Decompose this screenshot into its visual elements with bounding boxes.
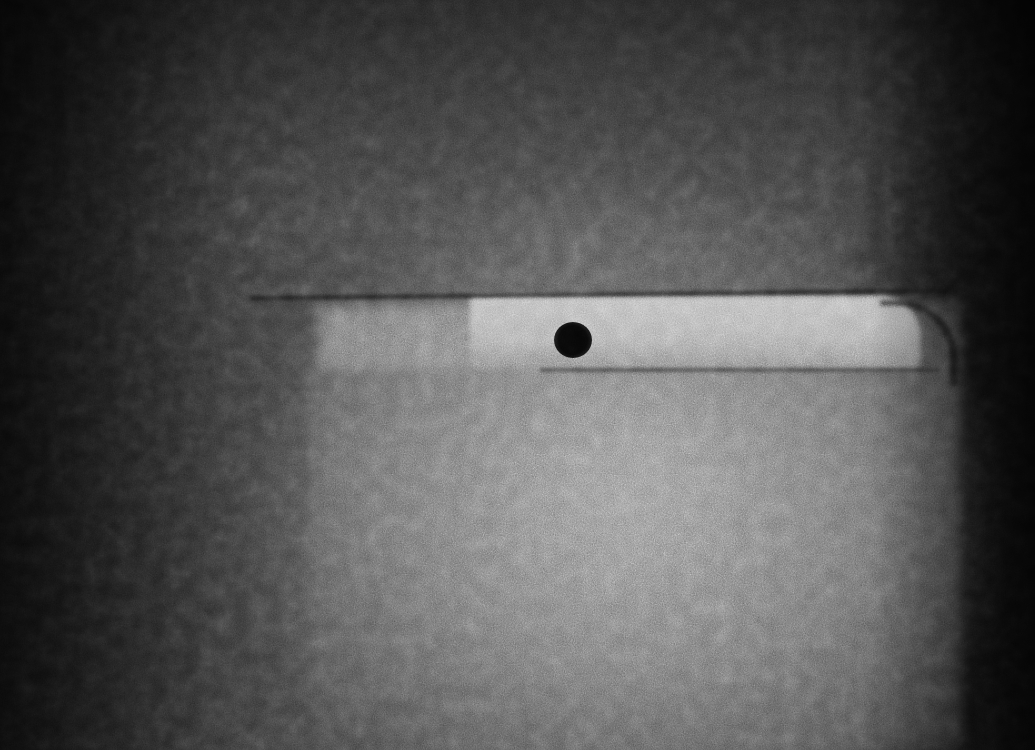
stone-surface-photo xyxy=(0,0,1035,750)
vignette xyxy=(0,0,1035,750)
